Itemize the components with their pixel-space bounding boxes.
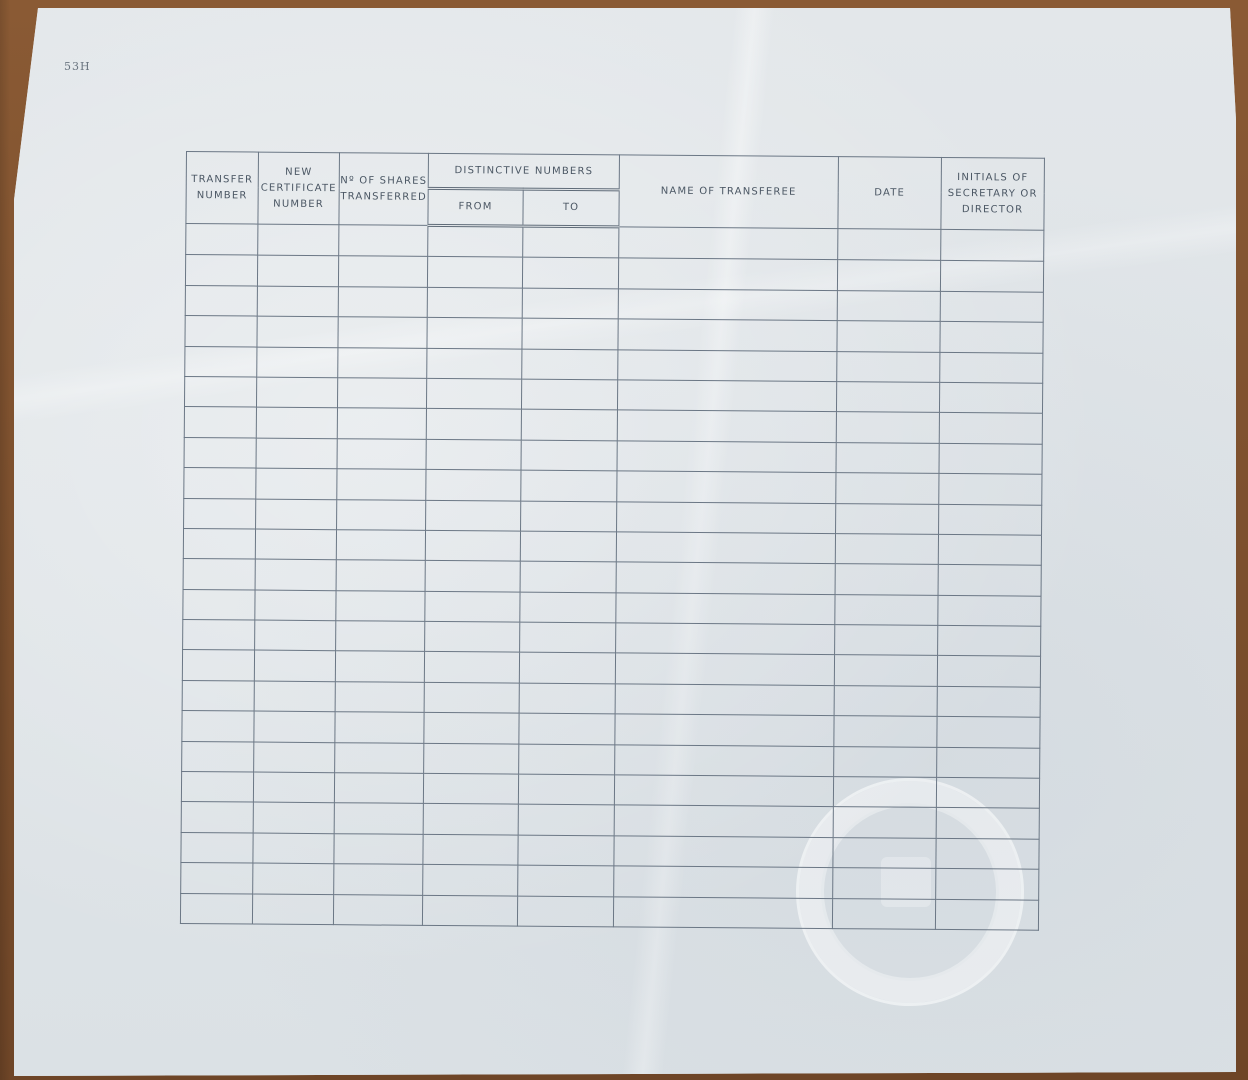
cell-from [426,409,521,440]
cell-new-certificate-number [254,681,335,712]
cell-initials [940,352,1043,383]
cell-name-of-transferee [617,441,836,473]
cell-transfer-number [182,741,254,772]
cell-name-of-transferee [617,501,836,533]
cell-new-certificate-number [256,468,337,499]
cell-from [422,895,517,926]
cell-date [834,655,937,686]
cell-transfer-number [183,528,255,559]
cell-date [836,412,939,443]
cell-date [833,868,936,899]
cell-to [518,805,614,836]
cell-initials [937,656,1040,687]
cell-transfer-number [182,711,254,742]
cell-name-of-transferee [618,349,837,381]
cell-transfer-number [183,620,255,651]
cell-from [427,318,522,349]
cell-name-of-transferee [617,410,836,442]
cell-name-of-transferee [619,227,838,260]
cell-from [424,713,519,744]
cell-initials [936,838,1039,869]
cell-to [522,258,618,289]
cell-shares-transferred [336,560,425,591]
cell-to [519,653,615,684]
cell-initials [937,717,1040,748]
cell-transfer-number [184,468,256,499]
header-shares-transferred: Nº of Shares Transferred [339,153,429,226]
cell-from [423,804,518,835]
cell-new-certificate-number [256,407,337,438]
cell-initials [938,534,1041,565]
cell-shares-transferred [337,408,426,439]
cell-initials [938,625,1041,656]
cell-new-certificate-number [253,833,334,864]
cell-shares-transferred [338,347,427,378]
cell-transfer-number [180,893,252,924]
cell-to [522,349,618,380]
cell-initials [940,261,1043,292]
cell-from [426,470,521,501]
cell-new-certificate-number [252,894,333,925]
cell-date [835,625,938,656]
cell-transfer-number [186,224,258,256]
cell-name-of-transferee [616,562,835,594]
cell-name-of-transferee [615,684,834,716]
table-row [180,893,1038,930]
cell-date [836,473,939,504]
cell-shares-transferred [338,286,427,317]
cell-new-certificate-number [257,255,338,286]
header-new-certificate-number: New Certificate Number [258,152,340,225]
cell-new-certificate-number [256,438,337,469]
cell-date [834,685,937,716]
cell-initials [936,869,1039,900]
cell-to [518,835,614,866]
cell-transfer-number [185,346,257,377]
cell-transfer-number [181,772,253,803]
cell-from [425,530,520,561]
cell-from [426,500,521,531]
cell-from [425,621,520,652]
cell-new-certificate-number [256,499,337,530]
cell-date [833,837,936,868]
cell-new-certificate-number [253,802,334,833]
handwritten-note: 53H [64,60,91,73]
cell-from [423,773,518,804]
cell-shares-transferred [334,833,423,864]
cell-date [836,382,939,413]
cell-shares-transferred [335,742,424,773]
cell-initials [939,474,1042,505]
cell-from [428,225,523,257]
cell-name-of-transferee [618,289,837,321]
cell-name-of-transferee [614,866,833,898]
cell-date [837,290,940,321]
cell-to [521,440,617,471]
cell-shares-transferred [339,225,428,257]
cell-to [519,713,615,744]
cell-initials [940,322,1043,353]
cell-to [520,592,616,623]
cell-date [833,807,936,838]
cell-from [426,378,521,409]
ledger-body [180,224,1043,931]
cell-new-certificate-number [253,772,334,803]
cell-to [520,561,616,592]
cell-shares-transferred [336,530,425,561]
cell-transfer-number [185,285,257,316]
cell-from [424,652,519,683]
cell-new-certificate-number [254,742,335,773]
cell-to [521,409,617,440]
cell-date [837,260,940,291]
cell-initials [936,777,1039,808]
cell-new-certificate-number [257,286,338,317]
cell-shares-transferred [335,712,424,743]
cell-name-of-transferee [615,653,834,685]
cell-initials [939,504,1042,535]
cell-name-of-transferee [616,532,835,564]
cell-transfer-number [184,376,256,407]
cell-shares-transferred [334,864,423,895]
cell-new-certificate-number [253,863,334,894]
cell-to [521,470,617,501]
cell-name-of-transferee [614,836,833,868]
cell-name-of-transferee [613,896,832,928]
cell-to [517,896,613,927]
cell-transfer-number [184,407,256,438]
header-date: Date [838,157,942,230]
cell-shares-transferred [337,469,426,500]
cell-transfer-number [183,589,255,620]
cell-name-of-transferee [617,380,836,412]
cell-to [522,288,618,319]
cell-new-certificate-number [254,651,335,682]
cell-transfer-number [183,559,255,590]
cell-initials [937,747,1040,778]
cell-to [518,774,614,805]
cell-to [518,865,614,896]
cell-initials [941,229,1044,261]
header-from: From [428,188,523,226]
cell-initials [939,382,1042,413]
header-name-of-transferee: Name of Transferee [619,155,839,229]
cell-from [423,834,518,865]
cell-date [838,229,941,261]
transfer-table: Transfer Number New Certificate Number N… [180,151,1045,931]
cell-from [424,743,519,774]
cell-to [521,379,617,410]
cell-shares-transferred [338,256,427,287]
cell-from [425,591,520,622]
cell-shares-transferred [337,499,426,530]
cell-initials [940,291,1043,322]
cell-date [835,534,938,565]
cell-transfer-number [181,802,253,833]
cell-shares-transferred [335,682,424,713]
cell-name-of-transferee [617,471,836,503]
cell-shares-transferred [336,590,425,621]
cell-transfer-number [184,437,256,468]
cell-shares-transferred [334,803,423,834]
cell-date [835,564,938,595]
cell-transfer-number [181,863,253,894]
cell-new-certificate-number [255,559,336,590]
cell-date [835,594,938,625]
header-initials: Initials of Secretary or Director [941,157,1045,230]
cell-transfer-number [182,680,254,711]
cell-date [833,777,936,808]
cell-new-certificate-number [257,347,338,378]
header-to: To [523,189,619,227]
cell-to [520,531,616,562]
cell-from [427,348,522,379]
cell-from [427,257,522,288]
cell-shares-transferred [334,773,423,804]
cell-shares-transferred [333,894,422,925]
cell-date [834,716,937,747]
cell-name-of-transferee [616,623,835,655]
cell-name-of-transferee [615,714,834,746]
cell-new-certificate-number [254,711,335,742]
cell-date [832,898,935,929]
header-transfer-number: Transfer Number [186,152,259,225]
cell-initials [938,595,1041,626]
cell-new-certificate-number [258,224,339,256]
cell-from [427,287,522,318]
cell-initials [939,443,1042,474]
cell-date [837,321,940,352]
cell-name-of-transferee [618,319,837,351]
cell-to [522,318,618,349]
cell-name-of-transferee [616,593,835,625]
cell-new-certificate-number [257,316,338,347]
cell-name-of-transferee [615,745,834,777]
cell-shares-transferred [335,651,424,682]
transfer-register: Transfer Number New Certificate Number N… [180,151,1044,931]
cell-name-of-transferee [618,258,837,290]
cell-initials [935,899,1038,930]
cell-date [837,351,940,382]
cell-initials [938,565,1041,596]
cell-shares-transferred [337,438,426,469]
cell-new-certificate-number [255,590,336,621]
cell-to [521,501,617,532]
cell-from [424,682,519,713]
cell-from [423,865,518,896]
cell-transfer-number [185,255,257,286]
cell-shares-transferred [337,378,426,409]
cell-date [836,503,939,534]
cell-new-certificate-number [256,377,337,408]
cell-new-certificate-number [255,620,336,651]
cell-initials [939,413,1042,444]
cell-transfer-number [182,650,254,681]
cell-shares-transferred [336,621,425,652]
cell-to [520,622,616,653]
cell-date [834,746,937,777]
cell-transfer-number [184,498,256,529]
cell-shares-transferred [338,317,427,348]
header-distinctive-numbers: Distinctive Numbers [428,153,619,189]
cell-name-of-transferee [614,805,833,837]
cell-to [519,683,615,714]
cell-name-of-transferee [614,775,833,807]
cell-initials [936,808,1039,839]
cell-to [523,226,619,258]
cell-to [519,744,615,775]
cell-transfer-number [181,832,253,863]
cell-from [426,439,521,470]
cell-from [425,561,520,592]
cell-new-certificate-number [255,529,336,560]
cell-transfer-number [185,316,257,347]
cell-date [836,442,939,473]
cell-initials [937,686,1040,717]
